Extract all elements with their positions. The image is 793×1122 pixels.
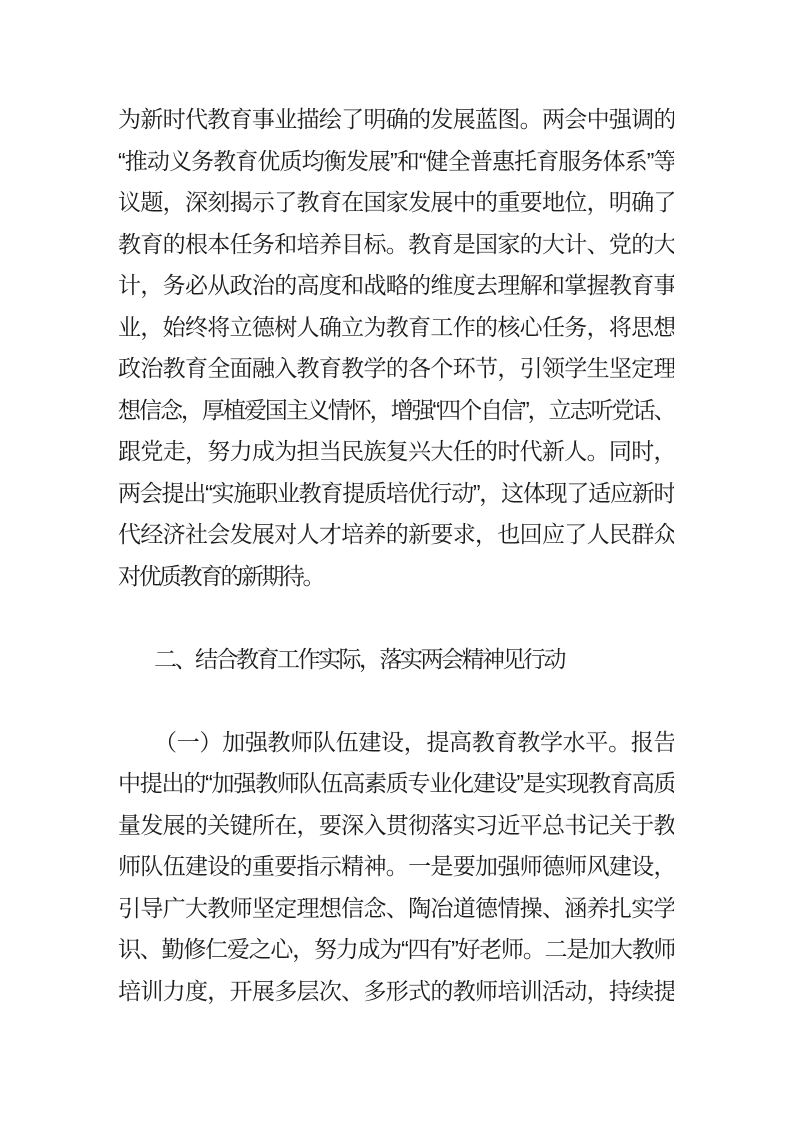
document-body: 为新时代教育事业描绘了明确的发展蓝图。两会中强调的 “推动义务教育优质均衡发展”… — [118, 99, 674, 1012]
text-line: 对优质教育的新期待。 — [118, 556, 674, 598]
paragraph-2: （一）加强教师队伍建设，提高教育教学水平。报告 中提出的“加强教师队伍高素质专业… — [118, 722, 674, 1013]
text-line: 教育的根本任务和培养目标。教育是国家的大计、党的大 — [118, 224, 674, 266]
text-line: 识、勤修仁爱之心，努力成为“四有”好老师。二是加大教师 — [118, 929, 674, 971]
document-page: 为新时代教育事业描绘了明确的发展蓝图。两会中强调的 “推动义务教育优质均衡发展”… — [0, 0, 793, 1122]
text-line: 量发展的关键所在，要深入贯彻落实习近平总书记关于教 — [118, 805, 674, 847]
text-line: 师队伍建设的重要指示精神。一是要加强师德师风建设， — [118, 846, 674, 888]
text-line: 培训力度，开展多层次、多形式的教师培训活动，持续提 — [118, 971, 674, 1013]
section-heading: 二、结合教育工作实际，落实两会精神见行动 — [118, 639, 674, 681]
text-line: “推动义务教育优质均衡发展”和“健全普惠托育服务体系”等 — [118, 141, 674, 183]
text-line: 代经济社会发展对人才培养的新要求，也回应了人民群众 — [118, 514, 674, 556]
text-line: 业，始终将立德树人确立为教育工作的核心任务，将思想 — [118, 307, 674, 349]
text-line: 跟党走，努力成为担当民族复兴大任的时代新人。同时， — [118, 431, 674, 473]
text-line: 引导广大教师坚定理想信念、陶冶道德情操、涵养扎实学 — [118, 888, 674, 930]
text-line: （一）加强教师队伍建设，提高教育教学水平。报告 — [118, 722, 674, 764]
paragraph-1: 为新时代教育事业描绘了明确的发展蓝图。两会中强调的 “推动义务教育优质均衡发展”… — [118, 99, 674, 597]
text-line: 议题，深刻揭示了教育在国家发展中的重要地位，明确了 — [118, 182, 674, 224]
text-line: 为新时代教育事业描绘了明确的发展蓝图。两会中强调的 — [118, 99, 674, 141]
text-line: 两会提出“实施职业教育提质培优行动”，这体现了适应新时 — [118, 473, 674, 515]
text-line: 政治教育全面融入教育教学的各个环节，引领学生坚定理 — [118, 348, 674, 390]
text-line: 想信念，厚植爱国主义情怀，增强“四个自信”，立志听党话、 — [118, 390, 674, 432]
text-line: 中提出的“加强教师队伍高素质专业化建设”是实现教育高质 — [118, 763, 674, 805]
text-line: 计，务必从政治的高度和战略的维度去理解和掌握教育事 — [118, 265, 674, 307]
